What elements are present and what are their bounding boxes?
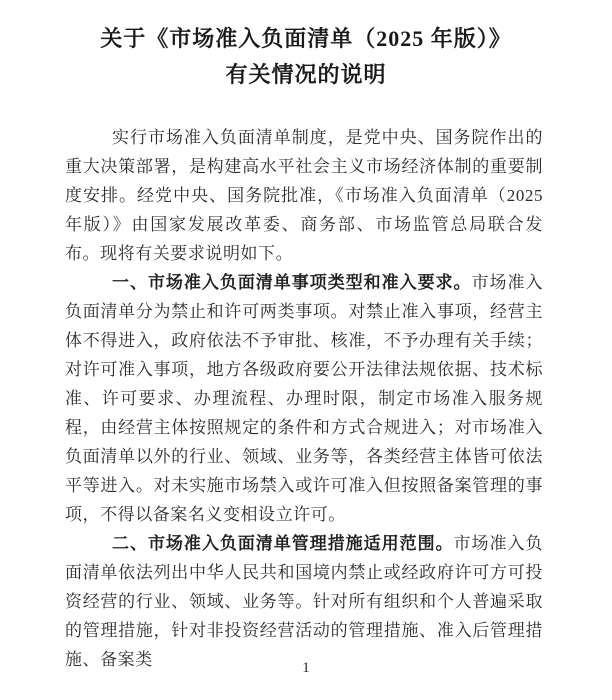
- title-line-2: 有关情况的说明: [0, 57, 612, 93]
- title-line-1: 关于《市场准入负面清单（2025 年版）》: [0, 21, 612, 57]
- paragraph-text: 市场准入负面清单依法列出中华人民共和国境内禁止或经政府许可方可投资经营的行业、领…: [65, 534, 543, 669]
- document-body: 实行市场准入负面清单制度，是党中央、国务院作出的重大决策部署，是构建高水平社会主…: [65, 123, 543, 674]
- paragraph-text: 市场准入负面清单分为禁止和许可两类事项。对禁止准入事项，经营主体不得进入，政府依…: [65, 273, 543, 524]
- section-2-heading: 二、市场准入负面清单管理措施适用范围。: [112, 534, 454, 553]
- paragraph-intro: 实行市场准入负面清单制度，是党中央、国务院作出的重大决策部署，是构建高水平社会主…: [65, 123, 543, 268]
- document-page: 关于《市场准入负面清单（2025 年版）》 有关情况的说明 实行市场准入负面清单…: [0, 0, 612, 700]
- page-number: 1: [0, 660, 612, 677]
- paragraph-section-2: 二、市场准入负面清单管理措施适用范围。市场准入负面清单依法列出中华人民共和国境内…: [65, 529, 543, 674]
- paragraph-text: 实行市场准入负面清单制度，是党中央、国务院作出的重大决策部署，是构建高水平社会主…: [65, 128, 543, 263]
- paragraph-section-1: 一、市场准入负面清单事项类型和准入要求。市场准入负面清单分为禁止和许可两类事项。…: [65, 268, 543, 529]
- document-title: 关于《市场准入负面清单（2025 年版）》 有关情况的说明: [0, 0, 612, 93]
- section-1-heading: 一、市场准入负面清单事项类型和准入要求。: [112, 273, 472, 292]
